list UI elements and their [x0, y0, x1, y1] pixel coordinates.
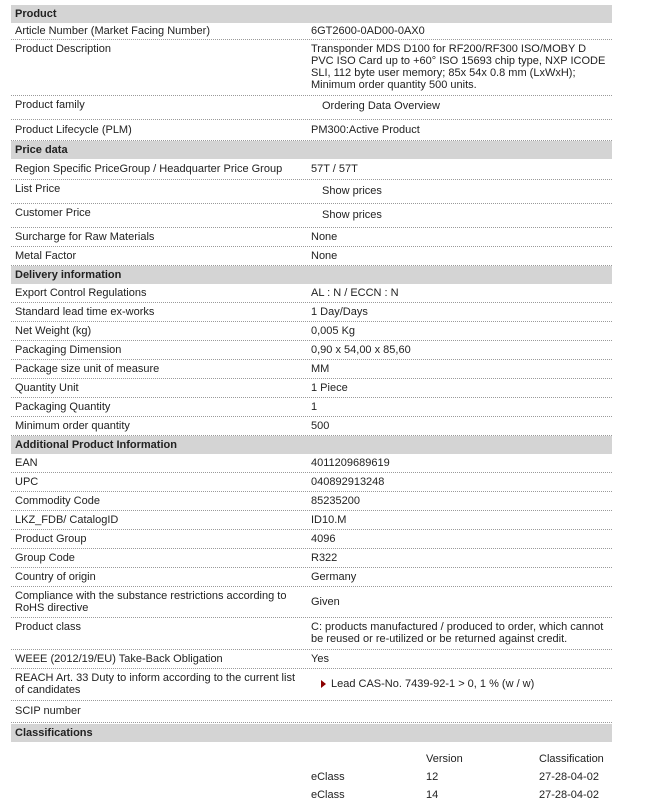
row-value: PM300:Active Product	[307, 120, 612, 140]
classification-system: eClass	[311, 768, 426, 786]
column-header-version: Version	[426, 750, 539, 768]
section-header-product: Product	[11, 5, 612, 23]
row-value: None	[307, 228, 612, 246]
row-label: Customer Price	[11, 204, 307, 227]
row-label: SCIP number	[11, 701, 307, 722]
table-row-surcharge: Surcharge for Raw Materials None	[11, 228, 612, 247]
table-row: Packaging Dimension0,90 x 54,00 x 85,60	[11, 341, 612, 360]
table-row-product-family: Product family Ordering Data Overview	[11, 96, 612, 120]
table-row: Country of originGermany	[11, 568, 612, 587]
row-label: EAN	[11, 454, 307, 472]
row-value	[307, 701, 612, 722]
row-label: UPC	[11, 473, 307, 491]
row-value: None	[307, 247, 612, 265]
table-row: WEEE (2012/19/EU) Take-Back ObligationYe…	[11, 650, 612, 669]
row-value: 4011209689619	[307, 454, 612, 472]
row-value: Given	[307, 587, 612, 617]
classification-code: 27-28-04-02	[539, 768, 612, 786]
row-label: Metal Factor	[11, 247, 307, 265]
row-label: Country of origin	[11, 568, 307, 586]
classifications-header-row: Version Classification	[11, 750, 612, 768]
show-customer-prices-link[interactable]: Show prices	[307, 204, 612, 227]
row-label: Quantity Unit	[11, 379, 307, 397]
table-row: REACH Art. 33 Duty to inform according t…	[11, 669, 612, 701]
row-label: Product Lifecycle (PLM)	[11, 120, 307, 140]
show-list-prices-link[interactable]: Show prices	[307, 180, 612, 203]
row-label: Compliance with the substance restrictio…	[11, 587, 307, 617]
row-label: List Price	[11, 180, 307, 203]
row-value: 85235200	[307, 492, 612, 510]
row-label: Surcharge for Raw Materials	[11, 228, 307, 246]
table-row-customer-price: Customer Price Show prices	[11, 204, 612, 228]
row-value: Transponder MDS D100 for RF200/RF300 ISO…	[307, 40, 612, 95]
row-value: 0,005 Kg	[307, 322, 612, 340]
row-label: REACH Art. 33 Duty to inform according t…	[11, 669, 307, 700]
section-header-additional-product-information: Additional Product Information	[11, 436, 612, 454]
row-label: Product Group	[11, 530, 307, 548]
classifications-table: Version Classification eClass 12 27-28-0…	[11, 750, 612, 791]
row-value: Yes	[307, 650, 612, 668]
row-value: 500	[307, 417, 612, 435]
row-value: 1	[307, 398, 612, 416]
reach-substance-link[interactable]: Lead CAS-No. 7439-92-1 > 0, 1 % (w / w)	[307, 669, 612, 700]
row-value: MM	[307, 360, 612, 378]
row-value: 1 Day/Days	[307, 303, 612, 321]
column-header-system	[311, 750, 426, 768]
table-row-product-description: Product Description Transponder MDS D100…	[11, 40, 612, 96]
row-label: Commodity Code	[11, 492, 307, 510]
table-row: LKZ_FDB/ CatalogIDID10.M	[11, 511, 612, 530]
row-value: 040892913248	[307, 473, 612, 491]
table-row: Group CodeR322	[11, 549, 612, 568]
row-label: LKZ_FDB/ CatalogID	[11, 511, 307, 529]
row-label: Export Control Regulations	[11, 284, 307, 302]
ordering-data-overview-link[interactable]: Ordering Data Overview	[307, 96, 612, 119]
classification-version: 14	[426, 786, 539, 791]
table-row: EAN4011209689619	[11, 454, 612, 473]
table-row: Standard lead time ex-works1 Day/Days	[11, 303, 612, 322]
classification-code: 27-28-04-02	[539, 786, 612, 791]
row-label: Product class	[11, 618, 307, 649]
table-row: Export Control RegulationsAL : N / ECCN …	[11, 284, 612, 303]
row-label: Article Number (Market Facing Number)	[11, 23, 307, 39]
row-label: Minimum order quantity	[11, 417, 307, 435]
row-label: Packaging Quantity	[11, 398, 307, 416]
table-row-price-group: Region Specific PriceGroup / Headquarter…	[11, 159, 612, 180]
table-row: UPC040892913248	[11, 473, 612, 492]
row-value: ID10.M	[307, 511, 612, 529]
table-row: SCIP number	[11, 701, 612, 723]
table-row: Quantity Unit1 Piece	[11, 379, 612, 398]
section-header-price-data: Price data	[11, 141, 612, 159]
table-row-plm: Product Lifecycle (PLM) PM300:Active Pro…	[11, 120, 612, 141]
product-data-table: Product Article Number (Market Facing Nu…	[11, 5, 612, 791]
row-value: AL : N / ECCN : N	[307, 284, 612, 302]
table-row-metal-factor: Metal Factor None	[11, 247, 612, 266]
row-value: 0,90 x 54,00 x 85,60	[307, 341, 612, 359]
classification-version: 12	[426, 768, 539, 786]
section-header-classifications: Classifications	[11, 724, 612, 742]
table-row: Minimum order quantity500	[11, 417, 612, 436]
table-row: Compliance with the substance restrictio…	[11, 587, 612, 618]
row-value: Germany	[307, 568, 612, 586]
classification-row: eClass 14 27-28-04-02	[11, 786, 612, 791]
row-value: 4096	[307, 530, 612, 548]
table-row: Product classC: products manufactured / …	[11, 618, 612, 650]
table-row: Product Group4096	[11, 530, 612, 549]
table-row-list-price: List Price Show prices	[11, 180, 612, 204]
row-label: Standard lead time ex-works	[11, 303, 307, 321]
row-label: Group Code	[11, 549, 307, 567]
table-row: Commodity Code85235200	[11, 492, 612, 511]
row-label: Product family	[11, 96, 307, 119]
row-label: Product Description	[11, 40, 307, 95]
row-label: Region Specific PriceGroup / Headquarter…	[11, 159, 307, 179]
row-label: Packaging Dimension	[11, 341, 307, 359]
row-label: WEEE (2012/19/EU) Take-Back Obligation	[11, 650, 307, 668]
section-header-delivery-information: Delivery information	[11, 266, 612, 284]
row-label: Net Weight (kg)	[11, 322, 307, 340]
link-text: Lead CAS-No. 7439-92-1 > 0, 1 % (w / w)	[331, 678, 534, 690]
row-value: 6GT2600-0AD00-0AX0	[307, 23, 612, 39]
row-value: C: products manufactured / produced to o…	[307, 618, 612, 649]
classification-row: eClass 12 27-28-04-02	[11, 768, 612, 786]
arrow-right-icon	[321, 680, 326, 688]
row-value: 57T / 57T	[307, 159, 612, 179]
row-label: Package size unit of measure	[11, 360, 307, 378]
row-value: R322	[307, 549, 612, 567]
table-row: Packaging Quantity1	[11, 398, 612, 417]
column-header-classification: Classification	[539, 750, 612, 768]
table-row: Net Weight (kg)0,005 Kg	[11, 322, 612, 341]
table-row: Package size unit of measureMM	[11, 360, 612, 379]
table-row-article-number: Article Number (Market Facing Number) 6G…	[11, 23, 612, 40]
classification-system: eClass	[311, 786, 426, 791]
row-value: 1 Piece	[307, 379, 612, 397]
